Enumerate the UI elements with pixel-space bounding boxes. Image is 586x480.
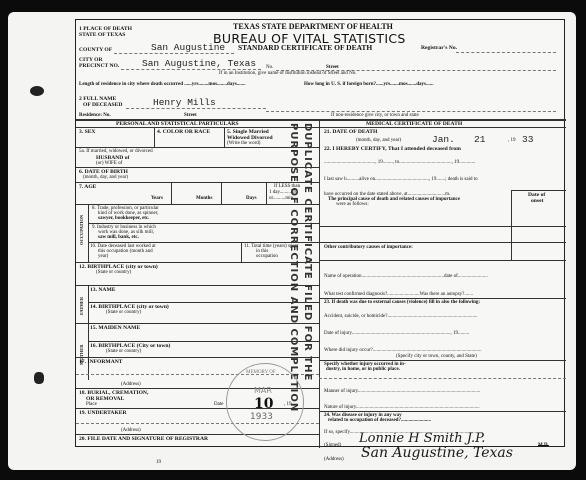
certify-label: 22. I HEREBY CERTIFY, That I attended de…	[324, 146, 461, 152]
undertaker-address-label: (Address)	[121, 428, 141, 434]
foreign-born: How long in U. S. if foreign born?......…	[304, 82, 434, 88]
dod-label: 21. DATE OF DEATH	[324, 129, 377, 135]
postmark-day: 10	[254, 396, 273, 412]
postmark-top: MEMORY OF	[246, 370, 276, 376]
dod-day: 21	[474, 134, 485, 145]
spouse-label-1: 5a. If married, widowed, or divorced	[79, 149, 153, 155]
institution-note: If in an Institution, give name of Insti…	[219, 71, 356, 77]
days-label: Days	[246, 196, 257, 202]
death-certificate-form: 1 PLACE OF DEATH STATE OF TEXAS TEXAS ST…	[75, 19, 565, 447]
test-line: What test confirmed diagnosis?..........…	[324, 292, 473, 298]
form-title: STANDARD CERTIFICATE OF DEATH	[238, 45, 372, 51]
last-saw-line: I last saw h..........alive on..........…	[324, 177, 478, 183]
postmark-month: MAR	[254, 386, 272, 395]
marital-label-3: (Write the word)	[227, 141, 260, 147]
no-label: No.	[266, 65, 273, 71]
informant-label: 17. INFORMANT	[79, 359, 123, 365]
mother-birthplace-sub: (State or country)	[106, 349, 141, 355]
specify-line-2: dustry, in home, or in public place.	[326, 367, 400, 373]
injury-date-line: Date of injury..........................…	[324, 331, 469, 337]
occurred-line-3: were as follows:	[336, 202, 369, 208]
dod-19: , 19	[508, 138, 516, 144]
dod-sub: (month, day, and year)	[356, 138, 401, 144]
lastworked-label-3: year)	[98, 254, 108, 260]
residence-street-label: Street	[184, 113, 197, 119]
related-line-2: related to occupation of deceased?......…	[328, 418, 431, 424]
precinct-label: PRECINCT NO.	[79, 63, 119, 69]
manner-line: Manner of injury........................…	[324, 389, 480, 395]
dob-sub: (month, day, and year)	[83, 175, 128, 181]
father-name-label: 13. NAME	[90, 287, 115, 293]
occupation-side-label: OCCUPATION	[79, 215, 85, 245]
contributory-label: Other contributory causes of importance:	[324, 245, 413, 251]
residence-length: Length of residence in city where death …	[79, 82, 246, 88]
totaltime-label-3: occupation	[256, 254, 278, 260]
punch-hole	[34, 372, 44, 384]
months-label: Months	[196, 196, 212, 202]
deceased-name: Henry Mills	[153, 97, 216, 108]
where-line: Where did injury occur?.................…	[324, 348, 481, 354]
operation-line: Name of operation.......................…	[324, 274, 488, 280]
father-side-label: FATHER	[79, 297, 85, 315]
birthplace-sub: (State or country)	[96, 270, 131, 276]
file-19-label: 19	[156, 460, 161, 466]
duplicate-stamp-line-2: PURPOSE OF CORRECTION AND COMPLETION	[288, 123, 299, 412]
dept-heading: TEXAS STATE DEPARTMENT OF HEALTH	[233, 24, 393, 30]
informant-address-label: (Address)	[121, 382, 141, 388]
duplicate-stamp-line-1: DUPLICATE CERTIFICATE FILED FOR THE	[302, 123, 313, 381]
signed-label: (Signed)	[324, 443, 341, 449]
age-label: 7. AGE	[79, 184, 96, 190]
nonresidence-note: If non-residence give city, or town and …	[331, 113, 419, 119]
trade-label-3: sawyer, bookkeeper, etc.	[98, 216, 149, 222]
city-value: San Augustine, Texas	[142, 58, 256, 69]
spouse-label-3: (or) WIFE of	[96, 161, 122, 167]
punch-hole	[30, 86, 44, 96]
color-label: 4. COLOR OR RACE	[157, 129, 210, 135]
accident-line: Accident, suicide, or homicide?.........…	[324, 314, 477, 320]
undertaker-label: 19. UNDERTAKER	[79, 410, 127, 416]
of-deceased-label: OF DECEASED	[83, 102, 122, 108]
file-date-label: 20. FILE DATE AND SIGNATURE OF REGISTRAR	[79, 436, 208, 442]
onset-label-2: onset	[531, 198, 543, 204]
industry-label-3: saw mill, bank, etc.	[98, 235, 139, 241]
father-birthplace-sub: (State or country)	[106, 310, 141, 316]
address-label: (Address)	[324, 457, 344, 463]
burial-place-label: Place	[86, 402, 97, 408]
postmark-year: 1933	[250, 412, 273, 422]
nature-line: Nature of injury........................…	[324, 405, 480, 411]
burial-date-label: Date	[214, 402, 223, 408]
county-value: San Augustine	[151, 42, 225, 53]
dod-month: Jan.	[432, 134, 455, 145]
years-label: Years	[151, 196, 163, 202]
sex-label: 3. SEX	[79, 129, 95, 135]
residence-label: Residence: No.	[79, 113, 111, 119]
external-label: 23. If death was due to external causes …	[324, 300, 480, 306]
signer-address: San Augustine, Texas	[361, 445, 513, 461]
md-label: M.D.	[538, 443, 549, 449]
registrar-no-label: Registrar's No.	[421, 45, 457, 51]
signature: Lonnie H Smith J.P.	[359, 431, 485, 446]
where-note: (Specify city or town, county, and State…	[396, 354, 477, 360]
dod-year: 33	[522, 134, 533, 145]
from-to-line: ........................................…	[324, 160, 475, 166]
state-label: STATE OF TEXAS	[79, 32, 125, 38]
county-label: COUNTY OF	[79, 47, 112, 53]
mother-name-label: 15. MAIDEN NAME	[90, 325, 140, 331]
